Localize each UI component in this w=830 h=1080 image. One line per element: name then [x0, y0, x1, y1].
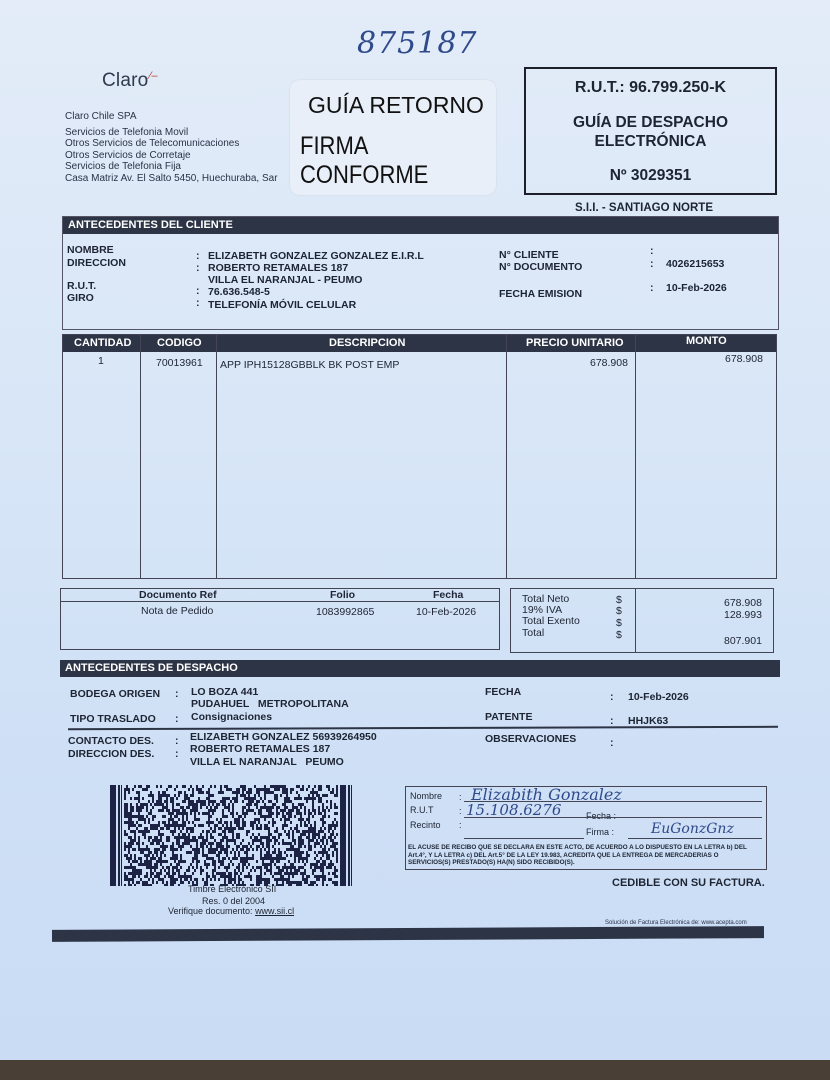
- divider: [61, 601, 499, 602]
- handwritten-signature: EuGonzGnz: [651, 821, 734, 837]
- divider: [68, 726, 778, 730]
- header-monto: MONTO: [686, 335, 727, 347]
- return-stamp-label: GUÍA RETORNO FIRMA CONFORME: [290, 80, 496, 195]
- label-direccion-des: DIRECCION DES.: [68, 748, 154, 760]
- tipo-traslado: Consignaciones: [191, 711, 272, 723]
- ref-header-fecha: Fecha: [433, 589, 463, 601]
- dispatch-guide-document: 875187 Claro⁄– Claro Chile SPA Servicios…: [0, 0, 830, 1072]
- document-number-value: 4026215653: [666, 258, 724, 270]
- label-rut: R.U.T.: [67, 280, 96, 292]
- timbre-label: Timbre Electrónico SII: [188, 884, 276, 894]
- legal-notice: EL ACUSE DE RECIBO QUE SE DECLARA EN EST…: [408, 844, 762, 867]
- verify-label: Verifique documento:: [168, 906, 255, 916]
- colon: :: [175, 748, 179, 760]
- header-codigo: CODIGO: [157, 337, 202, 349]
- dispatch-section: ANTECEDENTES DE DESPACHO: [60, 660, 780, 677]
- stamp-line-1: GUÍA RETORNO: [308, 92, 484, 119]
- receipt-acknowledgement-box: Nombre R.U.T Recinto : : : Elizabith Gon…: [405, 786, 767, 870]
- label-tipo-traslado: TIPO TRASLADO: [70, 713, 156, 725]
- label-n-cliente: N° CLIENTE: [499, 249, 559, 261]
- column-precio: [506, 335, 636, 578]
- header-cantidad: CANTIDAD: [74, 337, 131, 349]
- colon: :: [459, 806, 462, 816]
- client-name: ELIZABETH GONZALEZ GONZALEZ E.I.R.L: [208, 250, 424, 262]
- client-rut: 76.636.548-5: [208, 286, 270, 298]
- ref-header-folio: Folio: [330, 589, 355, 601]
- dispatch-section-title: ANTECEDENTES DE DESPACHO: [60, 660, 780, 677]
- colon: :: [650, 245, 654, 257]
- document-type-line1: GUÍA DE DESPACHO: [573, 114, 728, 131]
- column-cantidad: [63, 335, 141, 578]
- total-neto-value: 678.908: [724, 597, 762, 609]
- colon: :: [610, 691, 614, 703]
- direccion-des-line1: ROBERTO RETAMALES 187: [190, 743, 330, 755]
- issue-date: 10-Feb-2026: [666, 282, 727, 294]
- column-descripcion: [216, 335, 507, 578]
- document-type-line2: ELECTRÓNICA: [595, 133, 707, 150]
- issuer-service: Servicios de Telefonia Movil: [65, 127, 278, 139]
- direccion-des-line2: VILLA EL NARANJAL PEUMO: [190, 756, 344, 768]
- client-section-title: ANTECEDENTES DEL CLIENTE: [63, 217, 778, 234]
- colon: :: [650, 258, 654, 270]
- bottom-bar: [52, 926, 764, 942]
- handwritten-number: 875187: [357, 26, 478, 61]
- items-table: CANTIDAD CODIGO DESCRIPCION PRECIO UNITA…: [62, 334, 777, 579]
- issuer-name: Claro Chile SPA: [65, 111, 278, 123]
- ref-folio: 1083992865: [316, 606, 374, 618]
- label-n-documento: N° DOCUMENTO: [499, 261, 582, 273]
- item-monto: 678.908: [725, 353, 763, 365]
- dispatch-date: 10-Feb-2026: [628, 691, 689, 703]
- header-descripcion: DESCRIPCION: [329, 337, 405, 349]
- item-codigo: 70013961: [156, 357, 203, 369]
- ref-fecha: 10-Feb-2026: [416, 606, 476, 618]
- colon: :: [650, 282, 654, 294]
- item-precio-unitario: 678.908: [590, 357, 628, 369]
- ref-header-document: Documento Ref: [139, 589, 217, 601]
- contacto-des: ELIZABETH GONZALEZ 56939264950: [190, 731, 377, 743]
- currency: $: [616, 629, 622, 641]
- timbre-resolution: Res. 0 del 2004: [202, 896, 265, 906]
- label-nombre: Nombre: [410, 791, 442, 801]
- label-fecha: Fecha :: [586, 811, 616, 821]
- totals-box: Total Neto 19% IVA Total Exento Total $ …: [510, 588, 774, 653]
- label-observaciones: OBSERVACIONES: [485, 733, 576, 745]
- colon: :: [196, 262, 200, 274]
- issuer-service: Otros Servicios de Telecomunicaciones: [65, 138, 278, 150]
- total-exento-label: Total Exento: [522, 615, 580, 627]
- client-address-line2: VILLA EL NARANJAL - PEUMO: [208, 274, 362, 286]
- issuer-rut: R.U.T.: 96.799.250-K: [526, 79, 775, 97]
- label-firma: Firma :: [586, 827, 614, 837]
- cedible-notice: CEDIBLE CON SU FACTURA.: [612, 877, 765, 889]
- logo-rays-icon: ⁄–: [149, 70, 157, 82]
- total-label: Total: [522, 627, 544, 639]
- label-recinto: Recinto: [410, 820, 441, 830]
- total-value: 807.901: [724, 635, 762, 647]
- issuer-service: Servicios de Telefonia Fija: [65, 161, 278, 173]
- label-giro: GIRO: [67, 292, 94, 304]
- currency: $: [616, 605, 622, 617]
- colon: :: [196, 297, 200, 309]
- table-surface: [0, 1060, 830, 1080]
- item-descripcion: APP IPH15128GBBLK BK POST EMP: [220, 359, 399, 371]
- iva-value: 128.993: [724, 609, 762, 621]
- client-giro: TELEFONÍA MÓVIL CELULAR: [208, 299, 356, 311]
- document-type: GUÍA DE DESPACHOELECTRÓNICA: [526, 113, 775, 151]
- sii-link[interactable]: www.sii.cl: [255, 906, 294, 916]
- rut-line: [464, 817, 762, 818]
- label-bodega-origen: BODEGA ORIGEN: [70, 688, 160, 700]
- recinto-line: [464, 838, 584, 839]
- document-number: Nº 3029351: [526, 167, 775, 185]
- colon: :: [196, 285, 200, 297]
- issuer-info: Claro Chile SPA Servicios de Telefonia M…: [65, 111, 278, 184]
- colon: :: [610, 737, 614, 749]
- label-fecha: FECHA: [485, 686, 521, 698]
- firma-line: [628, 838, 762, 839]
- issuer-service: Otros Servicios de Corretaje: [65, 150, 278, 162]
- label-direccion: DIRECCION: [67, 257, 126, 269]
- colon: :: [610, 715, 614, 727]
- issuer-address: Casa Matriz Av. El Salto 5450, Huechurab…: [65, 173, 278, 185]
- currency: $: [616, 617, 622, 629]
- colon: :: [459, 820, 462, 830]
- item-cantidad: 1: [98, 355, 104, 367]
- reference-box: Documento Ref Folio Fecha Nota de Pedido…: [60, 588, 500, 650]
- sii-office: S.I.I. - SANTIAGO NORTE: [575, 202, 713, 214]
- verify-text: Verifique documento: www.sii.cl: [168, 906, 294, 916]
- provider-footer: Solución de Factura Electrónica de: www.…: [605, 920, 747, 926]
- client-address-line1: ROBERTO RETAMALES 187: [208, 262, 348, 274]
- bodega-line2: PUDAHUEL METROPOLITANA: [191, 698, 349, 710]
- ref-document: Nota de Pedido: [141, 605, 213, 617]
- document-id-box: R.U.T.: 96.799.250-K GUÍA DE DESPACHOELE…: [524, 67, 777, 195]
- label-contacto: CONTACTO DES.: [68, 735, 154, 747]
- colon: :: [175, 688, 179, 700]
- colon: :: [459, 792, 462, 802]
- colon: :: [175, 735, 179, 747]
- bodega-line1: LO BOZA 441: [191, 686, 258, 698]
- header-precio-unitario: PRECIO UNITARIO: [526, 337, 624, 349]
- logo-text: Claro: [102, 70, 148, 91]
- pdf417-barcode: [110, 785, 354, 886]
- colon: :: [196, 250, 200, 262]
- claro-logo: Claro⁄–: [102, 70, 158, 92]
- colon: :: [175, 713, 179, 725]
- client-section: ANTECEDENTES DEL CLIENTE NOMBRE DIRECCIO…: [62, 216, 779, 330]
- label-nombre: NOMBRE: [67, 244, 114, 256]
- label-patente: PATENTE: [485, 711, 532, 723]
- column-codigo: [140, 335, 217, 578]
- label-rut: R.U.T: [410, 805, 434, 815]
- label-fecha-emision: FECHA EMISION: [499, 288, 582, 300]
- stamp-line-2: FIRMA CONFORME: [300, 132, 472, 190]
- divider: [635, 589, 636, 652]
